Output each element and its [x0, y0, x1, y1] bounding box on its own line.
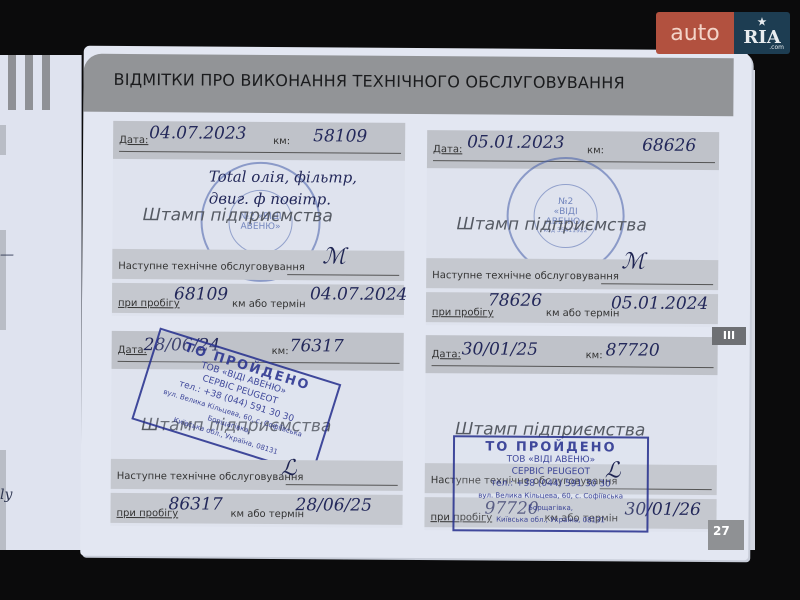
service-passed-stamp: ТО ПРОЙДЕНО ТОВ «ВІДІ АВЕНЮ» СЕРВІС PEUG… — [452, 435, 649, 532]
left-page-block — [0, 125, 6, 155]
service-book-page: ВІДМІТКИ ПРО ВИКОНАННЯ ТЕХНІЧНОГО ОБСЛУГ… — [80, 46, 752, 561]
left-page-block — [0, 230, 6, 330]
km-value: 68626 — [642, 136, 696, 156]
km-or-term-label: км або термін — [232, 299, 306, 311]
next-mileage-value: 78626 — [488, 291, 542, 311]
km-label: км: — [586, 350, 603, 361]
signature: ℳ — [322, 244, 346, 269]
star-icon: ★ — [758, 19, 767, 27]
date-label: Дата: — [433, 144, 462, 155]
next-date-value: 05.01.2024 — [611, 293, 708, 314]
km-value: 87720 — [606, 340, 660, 360]
date-value: 04.07.2023 — [149, 123, 246, 144]
next-mileage-value: 86317 — [169, 494, 223, 514]
stamp-placeholder: Штамп підприємства — [143, 205, 333, 226]
page-header: ВІДМІТКИ ПРО ВИКОНАННЯ ТЕХНІЧНОГО ОБСЛУГ… — [83, 54, 733, 117]
date-label: Дата: — [119, 135, 148, 146]
left-page-handwriting: — — [0, 247, 14, 263]
date-value: 30/01/25 — [462, 339, 538, 360]
logo-ria: ★ RIA .com — [734, 12, 790, 54]
signature: ℳ — [621, 249, 645, 274]
service-entry-card: Дата: 04.07.2023 км: 58109 №2 «ВІДІ АВЕН… — [112, 121, 405, 318]
service-entry-card: Дата: 05.01.2023 км: 68626 №2 «ВІДІ АВЕН… — [426, 130, 719, 327]
next-service-label: Наступне технічне обслуговування — [432, 270, 619, 282]
next-service-label: Наступне технічне обслуговування — [118, 261, 305, 273]
service-entry-card: Дата: 30/01/25 км: 87720 Штамп підприємс… — [424, 335, 717, 532]
date-label: Дата: — [432, 349, 461, 360]
next-mileage-value: 68109 — [174, 284, 228, 304]
date-label: Дата: — [118, 345, 147, 356]
next-date-value: 28/06/25 — [296, 495, 372, 516]
km-label: км: — [272, 346, 289, 357]
km-value: 58109 — [313, 126, 367, 146]
next-service-label: Наступне технічне обслуговування — [117, 471, 304, 483]
next-date-value: 04.07.2024 — [310, 284, 407, 305]
section-tab: III — [712, 327, 746, 345]
left-page-tab — [8, 55, 16, 110]
service-entry-card: Дата: 28/06/24 км: 76317 Штамп підприємс… — [110, 331, 403, 528]
handwritten-note: Total олія, фільтр, двиг. ф повітр. — [209, 166, 359, 211]
mileage-label: при пробігу — [118, 298, 180, 309]
mileage-label: при пробігу — [432, 307, 494, 318]
logo-auto: auto — [656, 12, 734, 54]
page-number: 27 — [708, 520, 744, 550]
signature: ℒ — [281, 456, 297, 481]
km-value: 76317 — [290, 336, 344, 356]
left-page: — ly — [0, 55, 82, 550]
autoria-watermark-logo: auto ★ RIA .com — [656, 12, 790, 54]
km-label: км: — [273, 136, 290, 147]
date-value: 05.01.2023 — [467, 132, 564, 153]
km-label: км: — [587, 145, 604, 156]
km-or-term-label: км або термін — [546, 308, 620, 320]
km-or-term-label: км або термін — [230, 509, 304, 521]
signature: ℒ — [605, 458, 621, 483]
left-page-tab — [25, 55, 33, 110]
left-page-tab — [42, 55, 50, 110]
page-title: ВІДМІТКИ ПРО ВИКОНАННЯ ТЕХНІЧНОГО ОБСЛУГ… — [113, 70, 624, 93]
stamp-placeholder: Штамп підприємства — [456, 214, 646, 235]
left-page-handwriting: ly — [0, 487, 12, 503]
